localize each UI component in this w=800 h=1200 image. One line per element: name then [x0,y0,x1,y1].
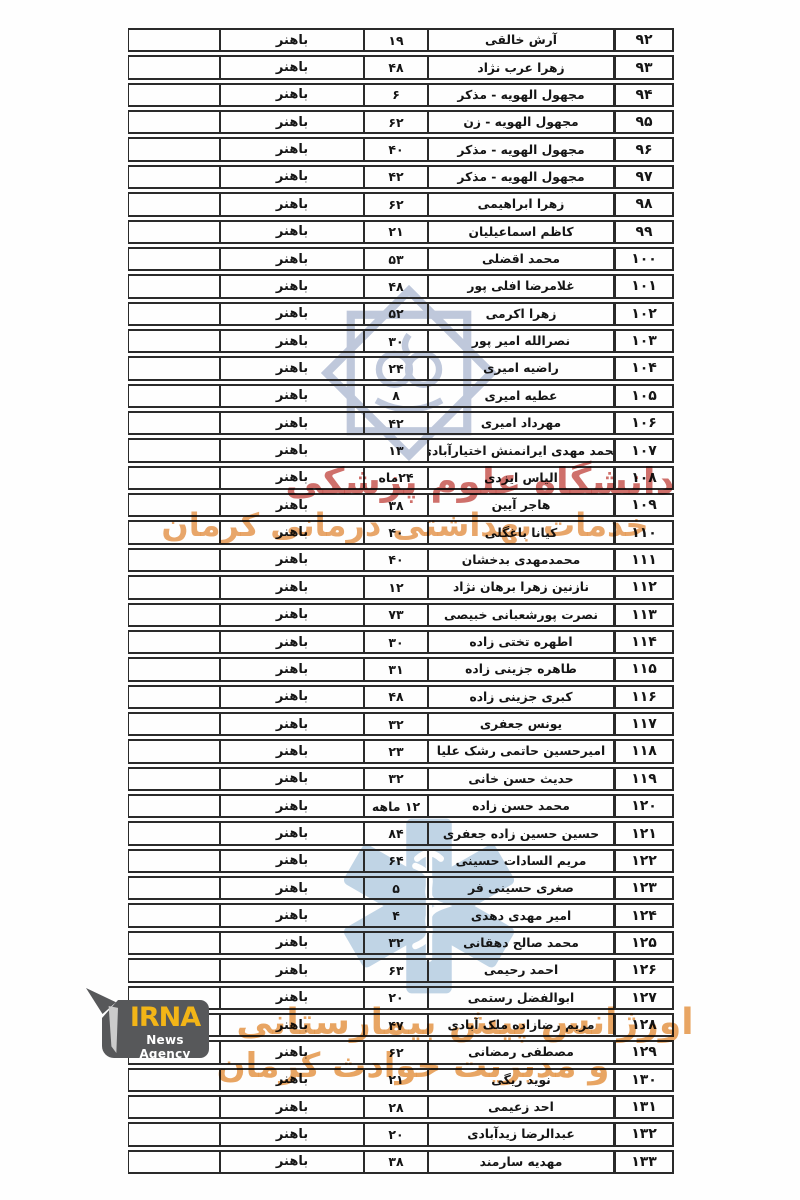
name-cell: ابوالفضل رستمی [428,986,614,1010]
age-cell: ۲۳ [364,739,428,763]
row-number-cell: ۱۲۶ [614,958,674,982]
name-cell: حسین حسین زاده جعفری [428,821,614,845]
empty-cell [128,411,220,435]
age-cell: ۲۸ [364,1095,428,1119]
age-cell: ۴۷ [364,1013,428,1037]
row-number-cell: ۹۸ [614,192,674,216]
age-cell: ۳۰ [364,329,428,353]
age-cell: ۲۱ [364,1068,428,1092]
name-cell: مهدیه سارمند [428,1150,614,1174]
empty-cell [128,329,220,353]
name-cell: عبدالرضا زیدآبادی [428,1122,614,1146]
hospital-cell: باهنر [220,630,364,654]
name-cell: غلامرضا افلی پور [428,274,614,298]
name-cell: مریم السادات حسینی [428,849,614,873]
irna-title: IRNA [122,1002,208,1033]
row-number-cell: ۱۱۴ [614,630,674,654]
hospital-cell: باهنر [220,958,364,982]
row-number-cell: ۱۲۸ [614,1013,674,1037]
name-cell: محمدمهدی بدخشان [428,548,614,572]
empty-cell [128,931,220,955]
hospital-cell: باهنر [220,329,364,353]
hospital-cell: باهنر [220,28,364,52]
hospital-cell: باهنر [220,1068,364,1092]
row-number-cell: ۱۲۳ [614,876,674,900]
row-number-cell: ۱۱۰ [614,520,674,544]
empty-cell [128,438,220,462]
name-cell: مهرداد امیری [428,411,614,435]
empty-cell [128,739,220,763]
empty-cell [128,712,220,736]
age-cell: ۴ [364,903,428,927]
empty-cell [128,83,220,107]
name-cell: حدیث حسن خانی [428,767,614,791]
hospital-cell: باهنر [220,903,364,927]
row-number-cell: ۹۲ [614,28,674,52]
irna-logo: IRNA News Agency [86,986,212,1062]
empty-cell [128,685,220,709]
name-cell: احد زعیمی [428,1095,614,1119]
row-number-cell: ۱۱۷ [614,712,674,736]
name-cell: نازنین زهرا برهان نژاد [428,575,614,599]
age-cell: ۳۸ [364,1150,428,1174]
empty-cell [128,384,220,408]
row-number-cell: ۱۲۱ [614,821,674,845]
row-number-cell: ۹۶ [614,137,674,161]
hospital-cell: باهنر [220,1095,364,1119]
empty-cell [128,356,220,380]
row-number-cell: ۱۲۹ [614,1040,674,1064]
age-cell: ۲۴ [364,356,428,380]
name-cell: نصرالله امیر پور [428,329,614,353]
empty-cell [128,274,220,298]
name-cell: یونس جعفری [428,712,614,736]
row-number-cell: ۱۰۲ [614,302,674,326]
name-cell: الیاس ایزدی [428,466,614,490]
age-cell: ۳۰ [364,630,428,654]
hospital-cell: باهنر [220,1040,364,1064]
hospital-cell: باهنر [220,411,364,435]
empty-cell [128,137,220,161]
age-cell: ۲۰ [364,986,428,1010]
name-cell: طاهره جزینی زاده [428,657,614,681]
age-cell: ۶۲ [364,110,428,134]
age-cell: ۱۲ [364,575,428,599]
age-cell: ۴۸ [364,55,428,79]
name-cell: کاظم اسماعیلیان [428,220,614,244]
row-number-cell: ۱۰۱ [614,274,674,298]
name-cell: مریم رضازاده ملک آبادی [428,1013,614,1037]
age-cell: ۷۳ [364,603,428,627]
empty-cell [128,821,220,845]
hospital-cell: باهنر [220,438,364,462]
age-cell: ۱۳ [364,438,428,462]
age-cell: ۸ [364,384,428,408]
age-cell: ۶۲ [364,192,428,216]
age-cell: ۴۰ [364,137,428,161]
empty-cell [128,55,220,79]
name-cell: مجهول الهویه - مذکر [428,137,614,161]
name-cell: احمد رحیمی [428,958,614,982]
name-cell: آرش خالقی [428,28,614,52]
age-cell: ۶۳ [364,958,428,982]
age-cell: ۳۲ [364,767,428,791]
hospital-cell: باهنر [220,1013,364,1037]
age-cell: ۳۱ [364,657,428,681]
age-cell: ۳۲ [364,931,428,955]
age-cell: ۵ [364,876,428,900]
hospital-cell: باهنر [220,712,364,736]
row-number-cell: ۱۰۰ [614,247,674,271]
row-number-cell: ۱۰۹ [614,493,674,517]
hospital-cell: باهنر [220,849,364,873]
hospital-cell: باهنر [220,466,364,490]
empty-cell [128,192,220,216]
row-number-cell: ۱۰۸ [614,466,674,490]
empty-cell [128,876,220,900]
row-number-cell: ۹۳ [614,55,674,79]
name-cell: مصطفی رمضانی [428,1040,614,1064]
row-number-cell: ۹۷ [614,165,674,189]
name-cell: مجهول الهویه - زن [428,110,614,134]
row-number-cell: ۱۱۹ [614,767,674,791]
hospital-cell: باهنر [220,931,364,955]
empty-cell [128,657,220,681]
age-cell: ۱۲ ماهه [364,794,428,818]
row-number-cell: ۹۴ [614,83,674,107]
empty-cell [128,849,220,873]
name-cell: محمد صالح دهقانی [428,931,614,955]
age-cell: ۱۹ [364,28,428,52]
name-cell: زهرا اکرمی [428,302,614,326]
row-number-cell: ۱۰۴ [614,356,674,380]
hospital-cell: باهنر [220,657,364,681]
irna-subtitle: News Agency [122,1033,208,1061]
hospital-cell: باهنر [220,603,364,627]
row-number-cell: ۱۰۵ [614,384,674,408]
age-cell: ۴۸ [364,274,428,298]
hospital-cell: باهنر [220,83,364,107]
empty-cell [128,1068,220,1092]
empty-cell [128,493,220,517]
empty-cell [128,1122,220,1146]
empty-cell [128,28,220,52]
hospital-cell: باهنر [220,247,364,271]
hospital-cell: باهنر [220,302,364,326]
empty-cell [128,247,220,271]
empty-cell [128,1095,220,1119]
hospital-cell: باهنر [220,220,364,244]
empty-cell [128,520,220,544]
row-number-cell: ۱۰۳ [614,329,674,353]
row-number-cell: ۹۵ [614,110,674,134]
name-cell: نوید ریگی [428,1068,614,1092]
hospital-cell: باهنر [220,685,364,709]
row-number-cell: ۱۱۸ [614,739,674,763]
row-number-cell: ۱۳۳ [614,1150,674,1174]
row-number-cell: ۱۳۲ [614,1122,674,1146]
row-number-cell: ۱۲۰ [614,794,674,818]
hospital-cell: باهنر [220,876,364,900]
age-cell: ۶ [364,83,428,107]
hospital-cell: باهنر [220,986,364,1010]
hospital-cell: باهنر [220,794,364,818]
name-cell: زهرا عرب نژاد [428,55,614,79]
empty-cell [128,165,220,189]
hospital-cell: باهنر [220,520,364,544]
empty-cell [128,110,220,134]
hospital-cell: باهنر [220,384,364,408]
name-cell: امیر مهدی دهدی [428,903,614,927]
row-number-cell: ۱۳۰ [614,1068,674,1092]
hospital-cell: باهنر [220,821,364,845]
age-cell: ۲۴ماه [364,466,428,490]
row-number-cell: ۱۱۶ [614,685,674,709]
hospital-cell: باهنر [220,1122,364,1146]
row-number-cell: ۱۰۶ [614,411,674,435]
empty-cell [128,767,220,791]
name-cell: راضیه امیری [428,356,614,380]
row-number-cell: ۱۳۱ [614,1095,674,1119]
row-number-cell: ۱۱۱ [614,548,674,572]
hospital-cell: باهنر [220,493,364,517]
hospital-cell: باهنر [220,165,364,189]
name-cell: صغری حسینی فر [428,876,614,900]
row-number-cell: ۹۹ [614,220,674,244]
row-number-cell: ۱۱۳ [614,603,674,627]
empty-cell [128,575,220,599]
hospital-cell: باهنر [220,356,364,380]
row-number-cell: ۱۲۵ [614,931,674,955]
page: ۹۲آرش خالقی۱۹باهنر۹۳زهرا عرب نژاد۴۸باهنر… [0,0,800,1200]
hospital-cell: باهنر [220,110,364,134]
name-cell: محمد حسن زاده [428,794,614,818]
row-number-cell: ۱۲۴ [614,903,674,927]
age-cell: ۲۱ [364,220,428,244]
empty-cell [128,548,220,572]
age-cell: ۵۲ [364,302,428,326]
empty-cell [128,603,220,627]
empty-cell [128,220,220,244]
age-cell: ۴۲ [364,411,428,435]
age-cell: ۶۲ [364,1040,428,1064]
row-number-cell: ۱۱۲ [614,575,674,599]
name-cell: محمد اقضلی [428,247,614,271]
row-number-cell: ۱۲۲ [614,849,674,873]
age-cell: ۶۴ [364,849,428,873]
age-cell: ۴۰ [364,548,428,572]
empty-cell [128,903,220,927]
hospital-cell: باهنر [220,1150,364,1174]
name-cell: کیانا باغگلی [428,520,614,544]
empty-cell [128,630,220,654]
age-cell: ۴۸ [364,685,428,709]
name-cell: نصرت پورشعبانی خبیصی [428,603,614,627]
age-cell: ۲۰ [364,1122,428,1146]
hospital-cell: باهنر [220,767,364,791]
age-cell: ۳۲ [364,712,428,736]
row-number-cell: ۱۲۷ [614,986,674,1010]
row-number-cell: ۱۰۷ [614,438,674,462]
name-cell: کبری جزینی زاده [428,685,614,709]
name-cell: اطهره تختی زاده [428,630,614,654]
empty-cell [128,302,220,326]
empty-cell [128,794,220,818]
hospital-cell: باهنر [220,739,364,763]
name-cell: مجهول الهویه - مذکر [428,165,614,189]
hospital-cell: باهنر [220,192,364,216]
empty-cell [128,1150,220,1174]
name-cell: مجهول الهویه - مذکر [428,83,614,107]
name-cell: هاجر آیین [428,493,614,517]
age-cell: ۸۴ [364,821,428,845]
name-cell: امیرحسین حاتمی رشک علیا [428,739,614,763]
hospital-cell: باهنر [220,274,364,298]
empty-cell [128,466,220,490]
empty-cell [128,958,220,982]
name-cell: زهرا ابراهیمی [428,192,614,216]
hospital-cell: باهنر [220,575,364,599]
age-cell: ۴۲ [364,165,428,189]
age-cell: ۳۸ [364,493,428,517]
hospital-cell: باهنر [220,548,364,572]
age-cell: ۵۳ [364,247,428,271]
hospital-cell: باهنر [220,137,364,161]
age-cell: ۴۰ [364,520,428,544]
hospital-cell: باهنر [220,55,364,79]
row-number-cell: ۱۱۵ [614,657,674,681]
name-cell: محمد مهدی ایرانمنش اختیارآبادی [428,438,614,462]
name-cell: عطیه امیری [428,384,614,408]
